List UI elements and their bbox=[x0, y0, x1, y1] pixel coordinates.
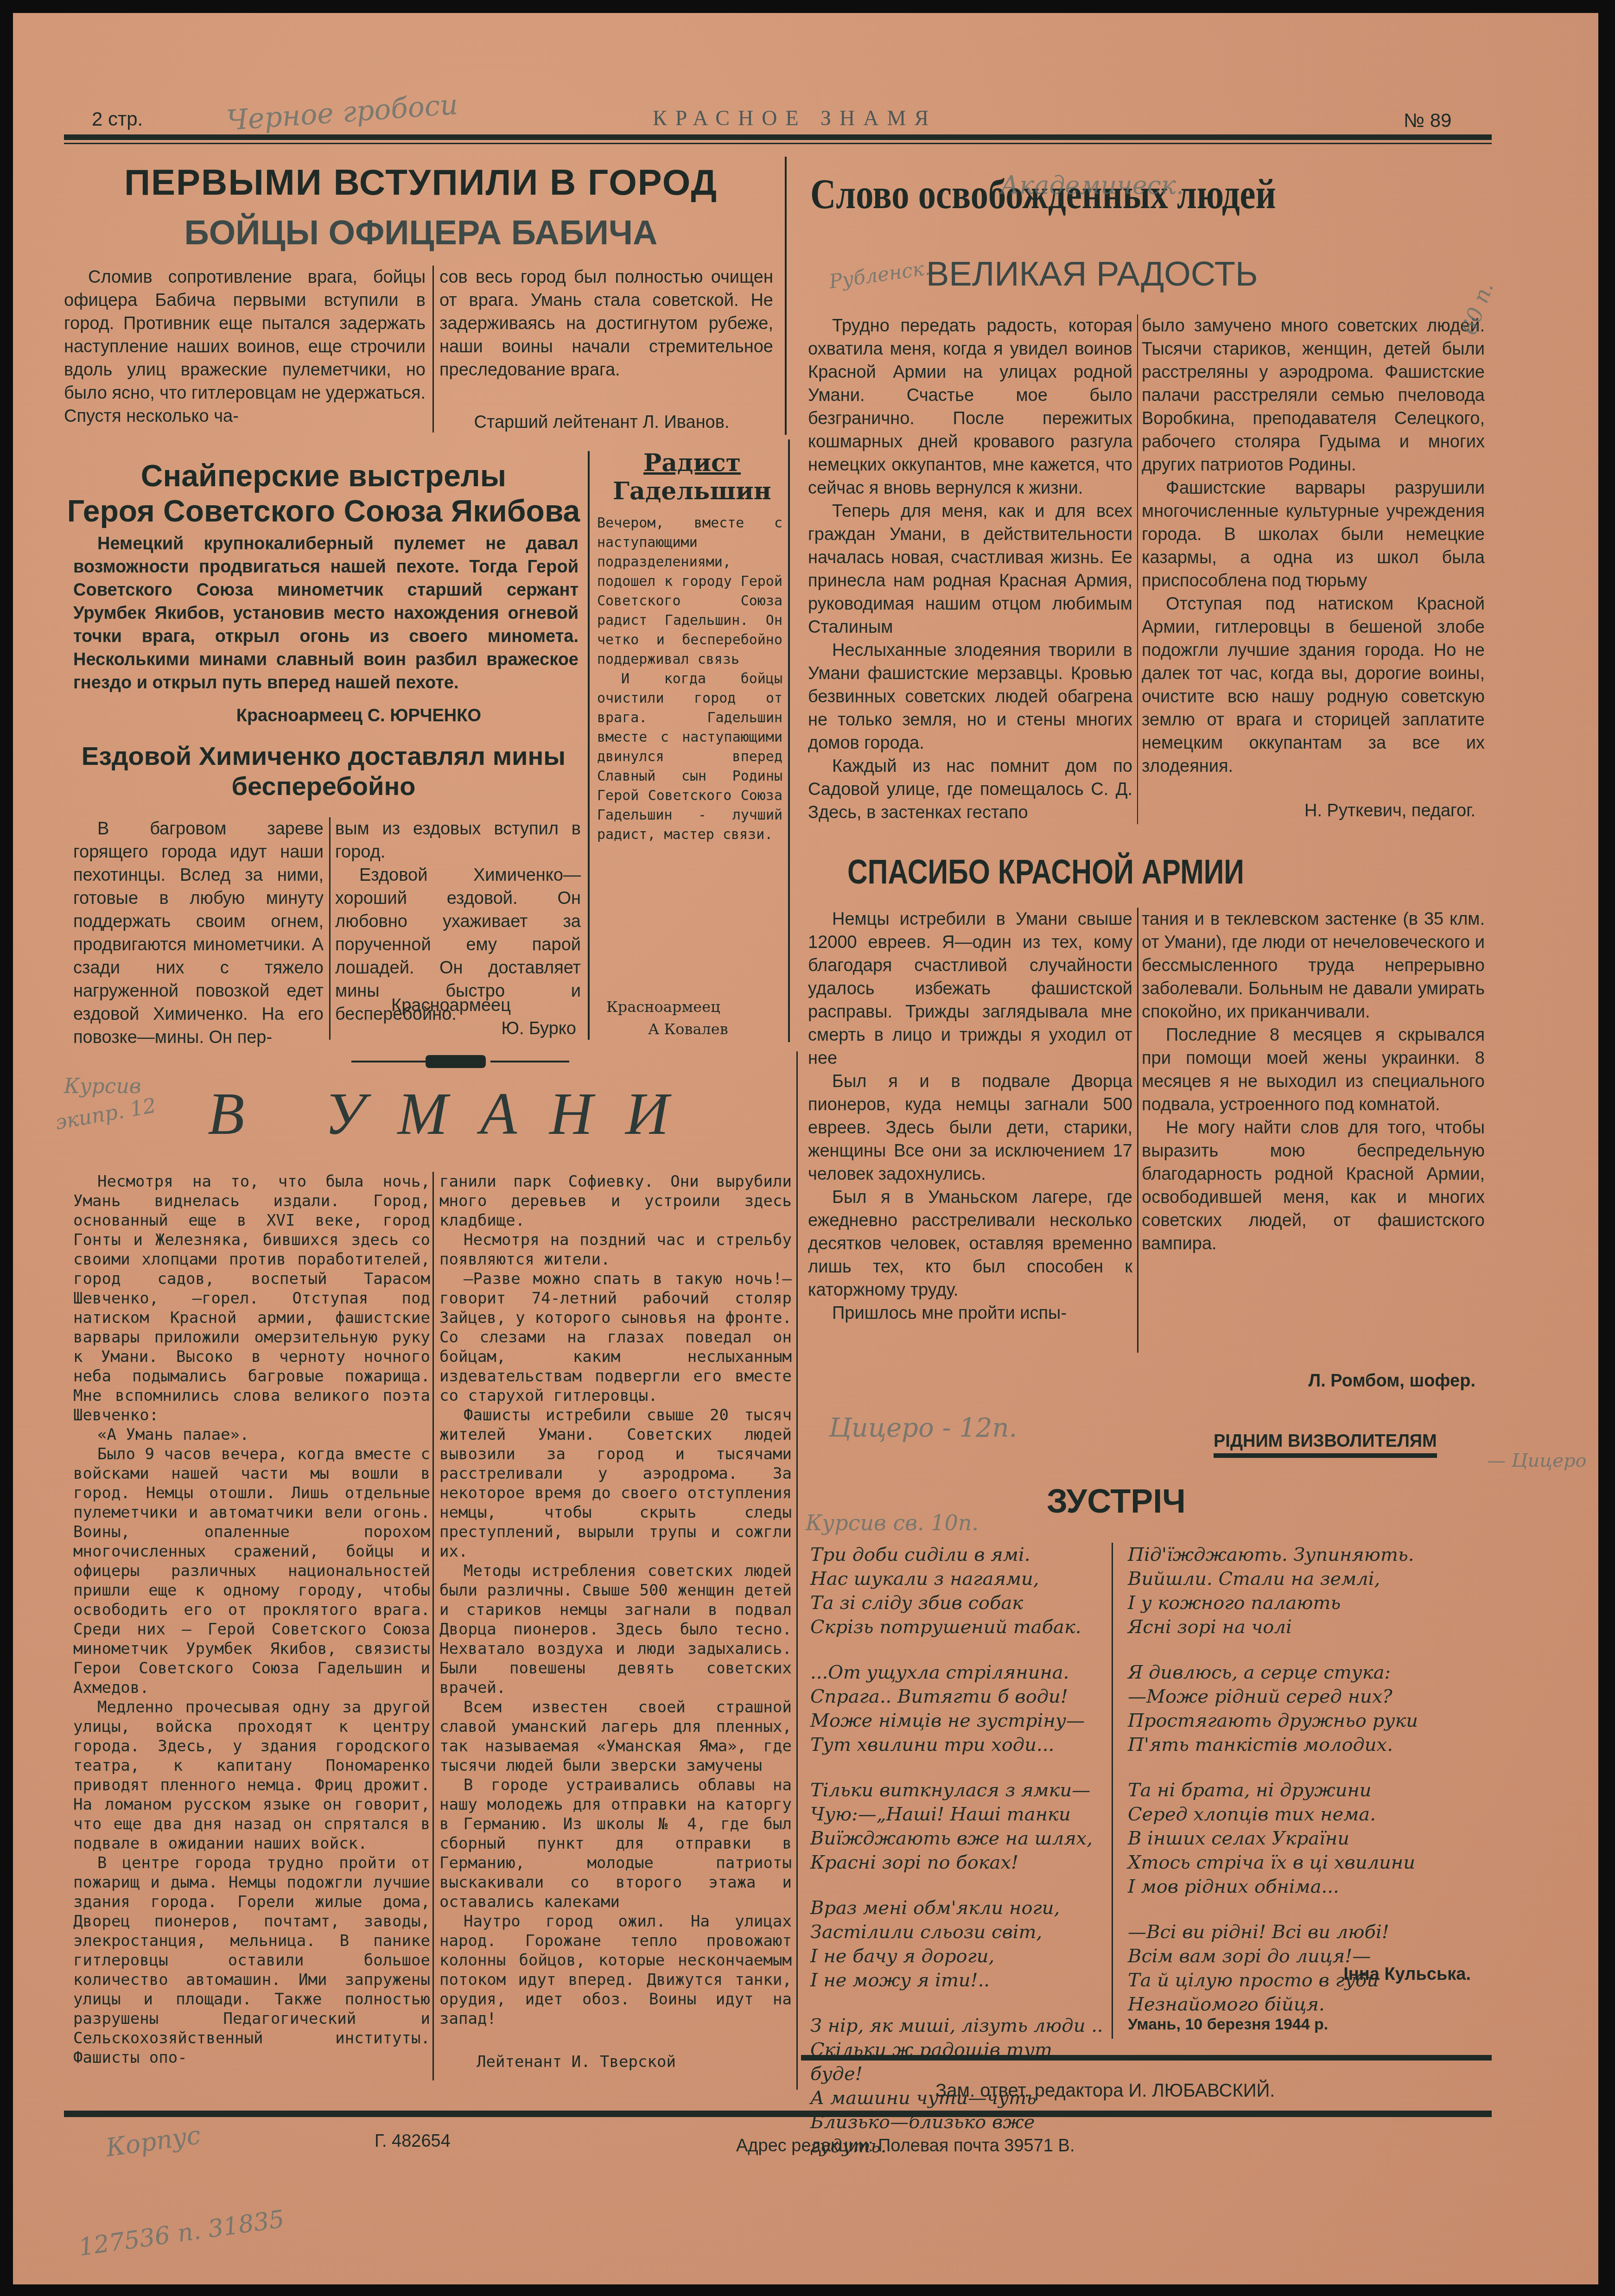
article1-col2: сов весь город был полностью очищен от в… bbox=[439, 266, 773, 382]
article3-col1: В багровом зареве горящего города идут н… bbox=[73, 817, 324, 1049]
headline-second: бесперебойно bbox=[64, 771, 583, 801]
article4-signature: Красноармеец А Ковалев bbox=[606, 996, 782, 1040]
pencil-note: Черное гробоси bbox=[225, 89, 459, 137]
bottom-rule bbox=[801, 2055, 1492, 2061]
article7-col1: Немцы истребили в Умани свыше 12000 евре… bbox=[808, 908, 1132, 1325]
column-rule bbox=[1112, 1543, 1113, 2039]
headline: Радист bbox=[595, 449, 789, 477]
pencil-note: Рубленск. bbox=[828, 256, 932, 293]
column-rule bbox=[432, 1172, 434, 2080]
headline: Ездовой Химиченко доставлял мины bbox=[64, 741, 583, 771]
pencil-note: Академическ. bbox=[1000, 171, 1184, 200]
article-driver: Ездовой Химиченко доставлял мины беспере… bbox=[64, 741, 583, 801]
article-sniper: Снайперские выстрелы Героя Советского Со… bbox=[64, 458, 583, 528]
headline-great-joy: ВЕЛИКАЯ РАДОСТЬ bbox=[926, 254, 1258, 293]
section-rule bbox=[796, 1051, 798, 2090]
article1-col1: Сломив сопротивление врага, бойцы офицер… bbox=[64, 266, 426, 428]
article6-col2: было замучено много советских людей. Тыс… bbox=[1142, 314, 1485, 778]
section-rule bbox=[788, 439, 790, 1042]
article5-signature: Лейтенант И. Тверской bbox=[477, 2053, 676, 2071]
pencil-note: Цицеро - 12п. bbox=[829, 1413, 1017, 1443]
headline-second: Героя Советского Союза Якибова bbox=[64, 493, 583, 528]
article3-signature-rank: Красноармеец bbox=[335, 996, 567, 1016]
poem-author: Інна Кульська. bbox=[1128, 1965, 1471, 1984]
article-first-in-town: ПЕРВЫМИ ВСТУПИЛИ В ГОРОД БОЙЦЫ ОФИЦЕРА Б… bbox=[64, 161, 778, 252]
column-rule bbox=[432, 266, 434, 432]
ornament-line bbox=[490, 1061, 569, 1062]
ornament-line bbox=[351, 1061, 426, 1062]
footer-rule bbox=[64, 2111, 1492, 2117]
header-rule bbox=[64, 134, 1492, 140]
column-rule bbox=[1137, 908, 1138, 1353]
header-rule-thin bbox=[64, 143, 1492, 144]
article6-signature: Н. Руткевич, педагог. bbox=[1142, 801, 1475, 821]
page-number: 2 стр. bbox=[92, 108, 143, 130]
print-code: Г. 482654 bbox=[375, 2131, 451, 2151]
pencil-note: 60 п. bbox=[1456, 279, 1498, 338]
headline-thanks-red-army: СПАСИБО КРАСНОЙ АРМИИ bbox=[847, 852, 1244, 891]
article4-body: Вечером, вместе с наступающими подраздел… bbox=[597, 514, 782, 845]
column-rule bbox=[588, 451, 590, 1040]
column-rule bbox=[1137, 314, 1138, 824]
masthead: КРАСНОЕ ЗНАМЯ bbox=[653, 106, 937, 130]
newspaper-page: 2 стр. КРАСНОЕ ЗНАМЯ № 89 ПЕРВЫМИ ВСТУПИ… bbox=[13, 13, 1598, 2284]
signature-rank: Красноармеец bbox=[606, 996, 782, 1018]
article7-signature: Л. Ромбом, шофер. bbox=[1142, 1371, 1475, 1391]
pencil-note: — Цицеро bbox=[1487, 1450, 1587, 1471]
pencil-note: 127536 п. 31835 bbox=[77, 2205, 286, 2262]
article-radist: Радист Гадельшин bbox=[595, 449, 789, 505]
article3-signature-name: Ю. Бурко bbox=[335, 1019, 576, 1039]
article5-col1: Несмотря на то, что была ночь, Умань вид… bbox=[73, 1172, 430, 2067]
article3-col2: вым из ездовых вступил в город. Ездовой … bbox=[335, 817, 581, 1026]
pencil-note: Корпус bbox=[104, 2120, 203, 2162]
headline-v-umani: В УМАНИ bbox=[208, 1079, 701, 1149]
poem-kicker: РІДНИМ ВИЗВОЛИТЕЛЯМ bbox=[1214, 1431, 1437, 1458]
poem-dateline: Умань, 10 березня 1944 р. bbox=[1128, 2016, 1328, 2034]
editorial-address: Адрес редакции: Полевая почта 39571 В. bbox=[736, 2136, 1075, 2156]
article2-body: Немецкий крупнокалиберный пулемет не дав… bbox=[73, 532, 579, 694]
headline-second: Гадельшин bbox=[595, 477, 789, 505]
article6-col1: Трудно передать радость, которая охватил… bbox=[808, 314, 1132, 824]
column-rule bbox=[329, 817, 331, 1040]
article7-col2: тания и в теклевском застенке (в 35 клм.… bbox=[1142, 908, 1485, 1255]
headline: ПЕРВЫМИ ВСТУПИЛИ В ГОРОД bbox=[64, 161, 778, 204]
headline-second: БОЙЦЫ ОФИЦЕРА БАБИЧА bbox=[64, 213, 778, 252]
article2-signature: Красноармеец С. ЮРЧЕНКО bbox=[73, 706, 481, 726]
section-rule bbox=[785, 157, 787, 435]
article1-signature: Старший лейтенант Л. Иванов. bbox=[439, 413, 764, 432]
ornament-center bbox=[426, 1055, 486, 1068]
poem-col2: Під'їжджають. Зупиняють. Вийшли. Стали н… bbox=[1128, 1543, 1462, 2038]
poem-title: ЗУСТРІЧ bbox=[1047, 1482, 1186, 1520]
pencil-note: Курсив bbox=[64, 1075, 141, 1098]
signature-name: А Ковалев bbox=[606, 1018, 782, 1040]
pencil-note: Курсив св. 10п. bbox=[806, 1510, 979, 1535]
pencil-note: экипр. 12 bbox=[53, 1094, 158, 1134]
article5-col2: ганили парк Софиевку. Они вырубили много… bbox=[439, 1172, 792, 2029]
editor-line: Зам. ответ. редактора И. ЛЮБАВСКИЙ. bbox=[935, 2080, 1275, 2101]
issue-number: № 89 bbox=[1404, 109, 1451, 132]
headline: Снайперские выстрелы bbox=[64, 458, 583, 493]
